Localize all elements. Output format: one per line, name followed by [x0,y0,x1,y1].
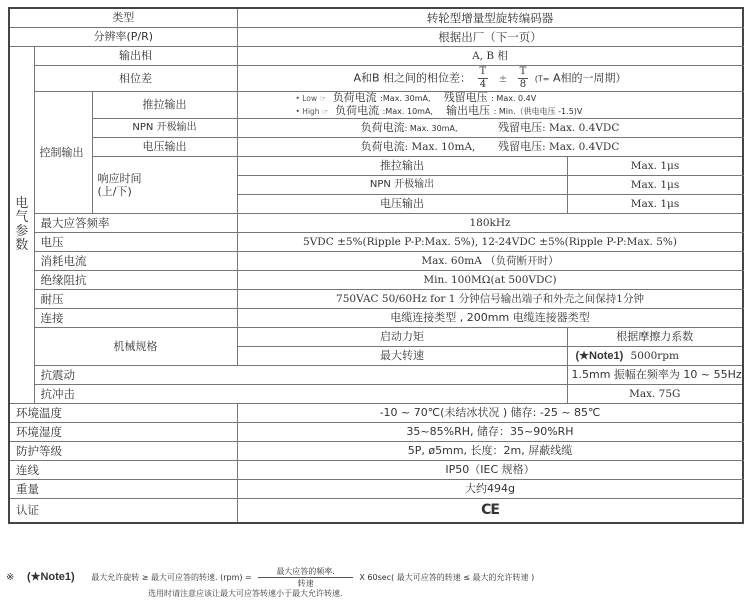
value-npn: 负荷电流: Max. 30mA, 残留电压: Max. 0.4VDC [237,119,743,138]
value-humidity: 35~85%RH, 储存：35~90%RH [237,423,743,442]
value-current: Max. 60mA （负荷断开时） [237,252,743,271]
footnote-line2: 选用时请注意应该让最大可应答转速小于最大允许转速. [148,588,343,599]
row-max-freq: 最大应答频率 180kHz [9,214,743,233]
phase-diff-suffix-small: (T= [535,75,550,84]
value-weight: 大约494g [237,480,743,499]
label-starting-torque: 启动力矩 [237,328,567,347]
value-max-freq: 180kHz [237,214,743,233]
value-voltage-output: 负荷电流: Max. 10mA, 残留电压: Max. 0.4VDC [237,138,743,157]
label-response-npn: NPN 开极输出 [237,176,567,195]
label-response-voltage: 电压输出 [237,195,567,214]
label-cable: 连线 [9,461,237,480]
label-current: 消耗电流 [34,252,237,271]
row-control-voltage: 电压输出 负荷电流: Max. 10mA, 残留电压: Max. 0.4VDC [9,138,743,157]
value-response-voltage: Max. 1μs [567,195,743,214]
push-pull-high-line: • High ☞ 负荷电流 :Max. 10mA, 输出电压 : Min.（供电… [238,105,743,118]
plus-minus-sign: ± [499,74,507,85]
row-starting-torque: 机械规格 启动力矩 根据摩擦力系数 [9,328,743,347]
row-cable: 连线 IP50（IEC 规格） [9,461,743,480]
value-connection: 电缆连接类型 , 200mm 电缆连接器类型 [237,309,743,328]
label-protection: 防护等级 [9,442,237,461]
row-withstand: 耐压 750VAC 50/60Hz for 1 分钟信号输出端子和外壳之间保持1… [9,290,743,309]
label-resolution: 分辨率(P/R) [9,28,237,47]
label-insulation: 绝缘阻抗 [34,271,237,290]
label-control-output: 控制输出 [34,92,92,214]
row-humidity: 环境湿度 35~85%RH, 储存：35~90%RH [9,423,743,442]
row-shock: 抗冲击 Max. 75G [9,385,743,404]
row-control-push-pull: 控制输出 推拉输出 • Low ☞ 负荷电流 :Max. 30mA, 残留电压 … [9,92,743,119]
value-vibration: 1.5mm 振幅在频率为 10 ~ 55Hz 情况下 X, Y, Z 方向震动 … [567,366,743,385]
row-weight: 重量 大约494g [9,480,743,499]
value-phase-diff: A和B 相之间的相位差： T 4 ± T 8 (T= A相的一周期） [237,66,743,92]
label-withstand: 耐压 [34,290,237,309]
label-voltage-output: 电压输出 [92,138,237,157]
phase-diff-prefix: A和B 相之间的相位差： [353,72,471,85]
footnote-text1: 最大允许旋转 ≥ 最大可应答的转速. (rpm) = [91,573,252,582]
label-connection: 连接 [34,309,237,328]
value-max-speed: (★Note1) 5000rpm [567,347,743,366]
label-output-phase: 输出相 [34,47,237,66]
row-temperature: 环境温度 -10 ~ 70℃(未结冰状况 ) 储存: -25 ~ 85℃ [9,404,743,423]
label-certification: 认证 [9,499,237,523]
ce-mark-icon: CE [481,502,499,518]
row-response-push-pull: 响应时间 (上/下) 推拉输出 Max. 1μs 线缆长度：2m, I sink… [9,157,743,176]
fraction-t-over-8: T 8 [518,66,529,91]
label-phase-diff: 相位差 [34,66,237,92]
value-protection: 5P, ø5mm, 长度：2m, 屏蔽线缆 [237,442,743,461]
label-max-freq: 最大应答频率 [34,214,237,233]
spec-table: 类型 转轮型增量型旋转编码器 分辨率(P/R) 根据出厂（下一页） 电气参数 输… [8,7,744,524]
value-insulation: Min. 100MΩ(at 500VDC) [237,271,743,290]
value-voltage: 5VDC ±5%(Ripple P-P:Max. 5%), 12-24VDC ±… [237,233,743,252]
label-vibration: 抗震动 [34,366,567,385]
footnote: ※ (★Note1) 最大允许旋转 ≥ 最大可应答的转速. (rpm) = 最大… [6,566,746,589]
label-response-push-pull: 推拉输出 [237,157,567,176]
value-resolution: 根据出厂（下一页） [237,28,743,47]
row-vibration: 抗震动 1.5mm 振幅在频率为 10 ~ 55Hz 情况下 X, Y, Z 方… [9,366,743,385]
phase-diff-suffix: A相的一周期） [550,72,627,85]
row-certification: 认证 CE [9,499,743,523]
label-weight: 重量 [9,480,237,499]
label-type: 类型 [9,8,237,28]
value-withstand: 750VAC 50/60Hz for 1 分钟信号输出端子和外壳之间保持1分钟 [237,290,743,309]
fraction-t-over-4: T 4 [478,66,489,91]
label-temperature: 环境温度 [9,404,237,423]
label-mechanical: 机械规格 [34,328,237,366]
value-certification: CE [237,499,743,523]
section-electrical: 电气参数 [9,47,34,404]
value-starting-torque: 根据摩擦力系数 [567,328,743,347]
note1-reference: (★Note1) [576,349,624,363]
row-phase-diff: 相位差 A和B 相之间的相位差： T 4 ± T 8 (T= A相的一周期） [9,66,743,92]
section-electrical-label: 电气参数 [15,197,28,253]
row-output-phase: 电气参数 输出相 A, B 相 [9,47,743,66]
row-insulation: 绝缘阻抗 Min. 100MΩ(at 500VDC) [9,271,743,290]
footnote-fraction: 最大应答的频率. 转速 [258,566,353,589]
reference-mark: ※ [6,572,14,583]
row-connection: 连接 电缆连接类型 , 200mm 电缆连接器类型 [9,309,743,328]
row-current: 消耗电流 Max. 60mA （负荷断开时） [9,252,743,271]
row-control-npn-real: NPN 开极输出 负荷电流: Max. 30mA, 残留电压: Max. 0.4… [9,119,743,138]
label-shock: 抗冲击 [34,385,567,404]
label-response-time: 响应时间 (上/下) [92,157,237,214]
row-voltage: 电压 5VDC ±5%(Ripple P-P:Max. 5%), 12-24VD… [9,233,743,252]
row-type: 类型 转轮型增量型旋转编码器 [9,8,743,28]
value-temperature: -10 ~ 70℃(未结冰状况 ) 储存: -25 ~ 85℃ [237,404,743,423]
value-response-npn: Max. 1μs [567,176,743,195]
value-type: 转轮型增量型旋转编码器 [237,8,743,28]
footnote-label: (★Note1) [27,571,75,583]
row-protection: 防护等级 5P, ø5mm, 长度：2m, 屏蔽线缆 [9,442,743,461]
value-output-phase: A, B 相 [237,47,743,66]
footnote-text2: X 60sec( 最大可应答的转速 ≤ 最大的允许转速 ) [359,573,534,582]
label-npn: NPN 开极输出 [92,119,237,138]
value-cable: IP50（IEC 规格） [237,461,743,480]
value-shock: Max. 75G [567,385,743,404]
label-push-pull: 推拉输出 [92,92,237,119]
row-resolution: 分辨率(P/R) 根据出厂（下一页） [9,28,743,47]
label-max-speed: 最大转速 [237,347,567,366]
label-voltage: 电压 [34,233,237,252]
label-humidity: 环境湿度 [9,423,237,442]
value-response-push-pull: Max. 1μs [567,157,743,176]
value-push-pull: • Low ☞ 负荷电流 :Max. 30mA, 残留电压 : Max. 0.4… [237,92,743,119]
